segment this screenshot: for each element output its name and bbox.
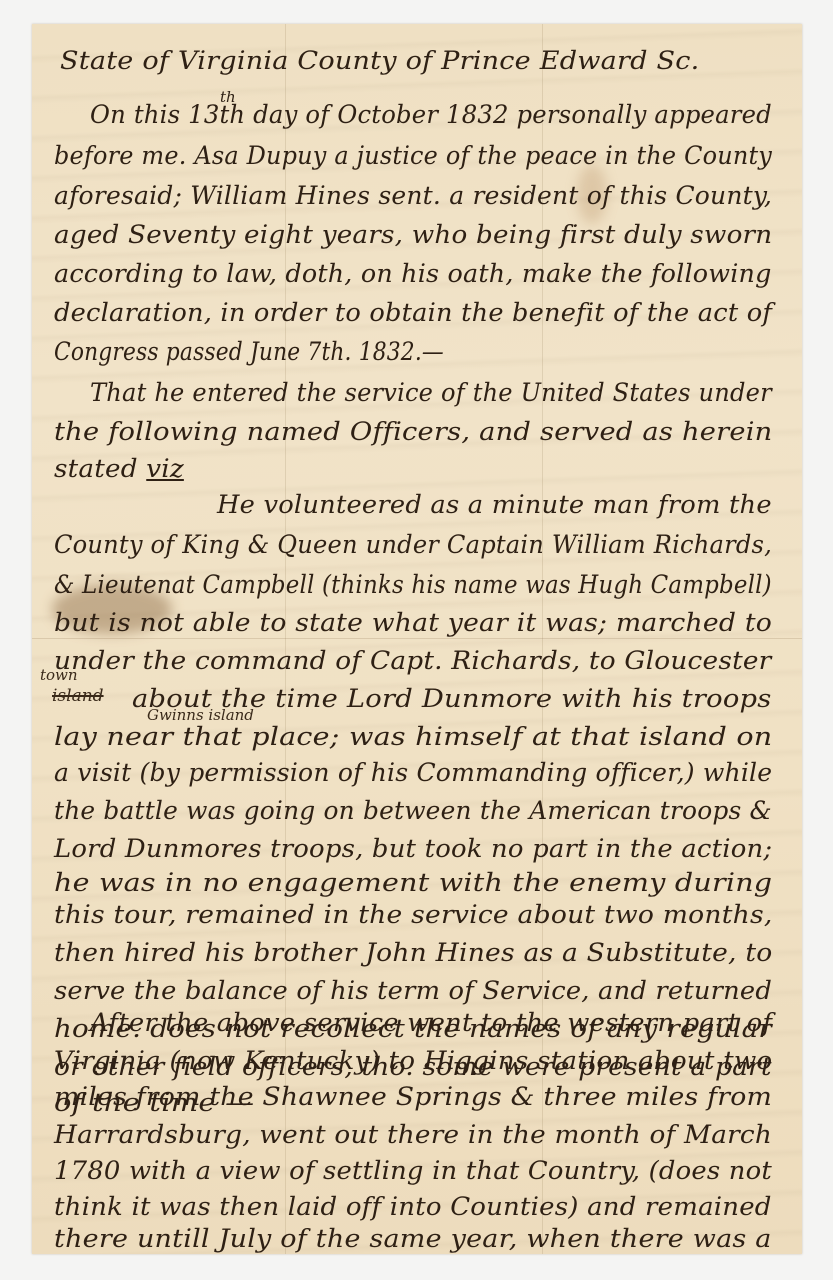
line-31: miles from the Shawnee Springs & three m…	[54, 1082, 772, 1111]
line-23: this tour, remained in the service about…	[54, 900, 772, 929]
line-5: aged Seventy eight years, who being firs…	[54, 220, 772, 249]
line-10: the following named Officers, and served…	[54, 417, 772, 446]
line-24: then hired his brother John Hines as a S…	[54, 938, 772, 967]
line-25: serve the balance of his term of Service…	[54, 976, 772, 1005]
line-16: under the command of Capt. Richards, to …	[54, 646, 772, 675]
line-29: After the above service went to the west…	[90, 1008, 772, 1037]
line-6: according to law, doth, on his oath, mak…	[54, 259, 772, 288]
line-33: 1780 with a view of settling in that Cou…	[54, 1156, 772, 1185]
line-8: Congress passed June 7th. 1832.—	[54, 337, 444, 366]
line-15: but is not able to state what year it wa…	[54, 608, 772, 637]
inserted-word-town: town	[40, 666, 78, 684]
manuscript-page: State of Virginia County of Prince Edwar…	[32, 24, 802, 1254]
viz-underlined: viz	[146, 454, 184, 483]
line-13: County of King & Queen under Captain Wil…	[54, 530, 772, 559]
line-35: there untill July of the same year, when…	[54, 1224, 772, 1253]
line-18: lay near that place; was himself at that…	[54, 722, 772, 751]
line-9: That he entered the service of the Unite…	[90, 378, 772, 407]
line-21: Lord Dunmores troops, but took no part i…	[54, 834, 772, 863]
line-30: Virginia (now Kentucky) to Higgins stati…	[54, 1046, 772, 1075]
line-19: a visit (by permission of his Commanding…	[54, 758, 772, 787]
line-11: stated viz	[54, 454, 184, 483]
line-34: think it was then laid off into Counties…	[54, 1192, 772, 1221]
line-20: the battle was going on between the Amer…	[54, 796, 772, 825]
document-scan: State of Virginia County of Prince Edwar…	[0, 0, 833, 1280]
fold-crease-horizontal	[32, 638, 802, 639]
superscript-th: th	[220, 88, 236, 106]
line-14: & Lieutenat Campbell (thinks his name wa…	[54, 570, 772, 599]
line-7: declaration, in order to obtain the bene…	[54, 298, 772, 327]
line-4: aforesaid; William Hines sent. a residen…	[54, 181, 772, 210]
line-2: On this 13th day of October 1832 persona…	[90, 100, 772, 129]
line-3: before me. Asa Dupuy a justice of the pe…	[54, 141, 772, 170]
struck-word-island: island	[52, 686, 104, 706]
line-22: he was in no engagement with the enemy d…	[54, 868, 772, 897]
line-1: State of Virginia County of Prince Edwar…	[60, 46, 699, 75]
line-32: Harrardsburg, went out there in the mont…	[54, 1120, 772, 1149]
line-12: He volunteered as a minute man from the	[217, 490, 772, 519]
